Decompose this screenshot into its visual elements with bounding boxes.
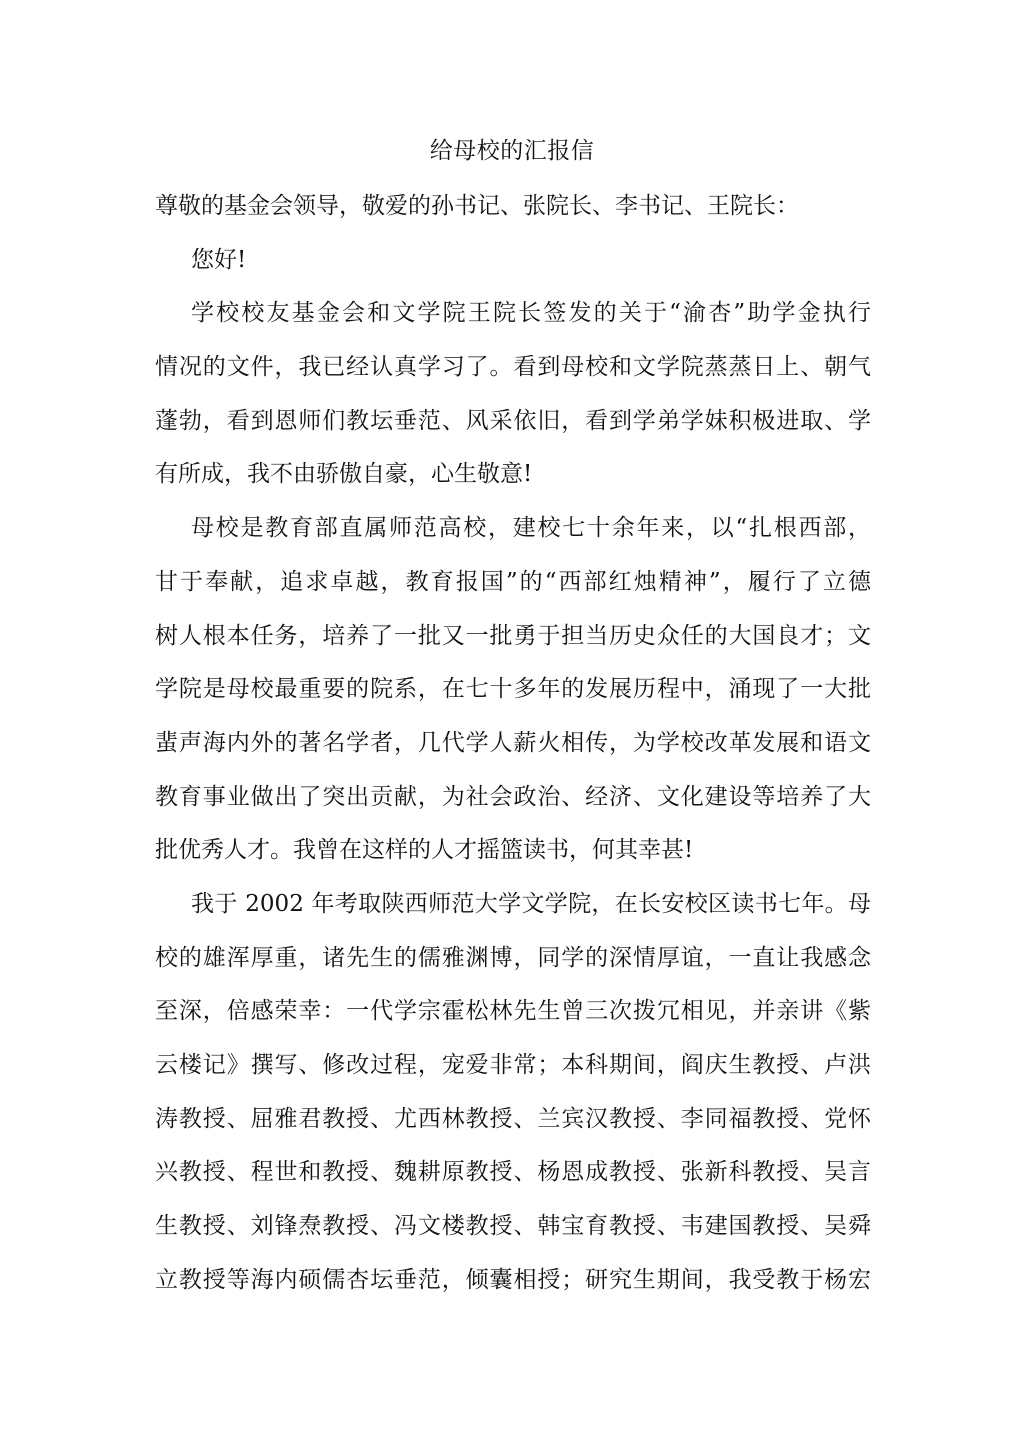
paragraph-2-line-5: 蜚声海内外的著名学者，几代学人薪火相传，为学校改革发展和语文	[155, 725, 871, 761]
paragraph-3-line-3: 至深，倍感荣幸：一代学宗霍松林先生曾三次拨冗相见，并亲讲《紫	[155, 993, 871, 1029]
greeting: 您好!	[191, 242, 871, 278]
paragraph-2-line-7: 批优秀人才。我曾在这样的人才摇篮读书，何其幸甚!	[155, 832, 871, 868]
document-title: 给母校的汇报信	[0, 133, 1024, 169]
paragraph-3-line-7: 生教授、刘锋焘教授、冯文楼教授、韩宝育教授、韦建国教授、吴舜	[155, 1208, 871, 1244]
paragraph-1-line-3: 蓬勃，看到恩师们教坛垂范、风采依旧，看到学弟学妹积极进取、学	[155, 403, 871, 439]
paragraph-3-line-6: 兴教授、程世和教授、魏耕原教授、杨恩成教授、张新科教授、吴言	[155, 1154, 871, 1190]
paragraph-2-line-6: 教育事业做出了突出贡献，为社会政治、经济、文化建设等培养了大	[155, 779, 871, 815]
paragraph-2-line-2: 甘于奉献，追求卓越，教育报国”的“西部红烛精神”，履行了立德	[155, 564, 871, 600]
paragraph-2-line-3: 树人根本任务，培养了一批又一批勇于担当历史众任的大国良才；文	[155, 618, 871, 654]
document-page: 给母校的汇报信 尊敬的基金会领导，敬爱的孙书记、张院长、李书记、王院长： 您好!…	[0, 0, 1024, 1448]
paragraph-3-line-8: 立教授等海内硕儒杏坛垂范，倾囊相授；研究生期间，我受教于杨宏	[155, 1262, 871, 1298]
paragraph-3-line-2: 校的雄浑厚重，诸先生的儒雅渊博，同学的深情厚谊，一直让我感念	[155, 940, 871, 976]
paragraph-3-line-5: 涛教授、屈雅君教授、尤西林教授、兰宾汉教授、李同福教授、党怀	[155, 1101, 871, 1137]
paragraph-3-line-1: 我于 2002 年考取陕西师范大学文学院，在长安校区读书七年。母	[191, 886, 871, 922]
paragraph-1-line-1: 学校校友基金会和文学院王院长签发的关于“渝杏”助学金执行	[191, 295, 871, 331]
paragraph-1-line-4: 有所成，我不由骄傲自豪，心生敬意!	[155, 456, 871, 492]
paragraph-1-line-2: 情况的文件，我已经认真学习了。看到母校和文学院蒸蒸日上、朝气	[155, 349, 871, 385]
salutation: 尊敬的基金会领导，敬爱的孙书记、张院长、李书记、王院长：	[155, 188, 871, 224]
paragraph-2-line-1: 母校是教育部直属师范高校，建校七十余年来，以“扎根西部，	[191, 510, 871, 546]
paragraph-3-line-4: 云楼记》撰写、修改过程，宠爱非常；本科期间，阎庆生教授、卢洪	[155, 1047, 871, 1083]
paragraph-2-line-4: 学院是母校最重要的院系，在七十多年的发展历程中，涌现了一大批	[155, 671, 871, 707]
